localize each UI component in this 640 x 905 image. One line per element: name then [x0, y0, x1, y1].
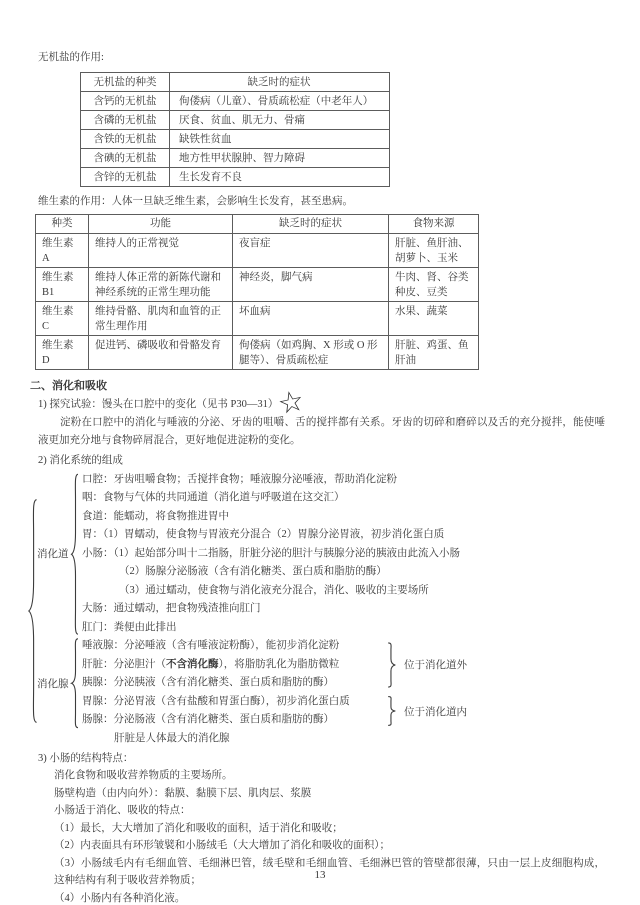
list-item-1: 1) 探究试验：馒头在口腔中的变化（见书 P30—31） ☆: [38, 397, 605, 413]
table-cell: 佝偻病（如鸡胸、X 形或 O 形腿等）、骨质疏松症: [233, 335, 389, 369]
table-cell: 含铁的无机盐: [81, 130, 170, 149]
vitamins-table: 种类 功能 缺乏时的症状 食物来源 维生素 A 维持人的正常视觉 夜盲症 肝脏、…: [35, 214, 479, 370]
table-header-cell: 功能: [89, 215, 233, 234]
table-cell: 含锌的无机盐: [81, 168, 170, 187]
table-row: 含锌的无机盐 生长发育不良: [81, 168, 390, 187]
glands-inside-lines: 胃腺：分泌胃液（含有盐酸和胃蛋白酶），初步消化蛋白质 肠腺：分泌肠液（含有消化糖…: [82, 693, 386, 730]
tract-line: 大肠：通过蠕动，把食物残渣推向肛门: [82, 600, 460, 619]
table-cell: 维持骨骼、肌肉和血管的正常生理作用: [89, 301, 233, 335]
glands-label: 消化腺: [37, 676, 70, 691]
table-cell: 生长发育不良: [170, 168, 390, 187]
starch-paragraph: 淀粉在口腔中的消化与唾液的分泌、牙齿的咀嚼、舌的搅拌都有关系。牙齿的切碎和磨碎以…: [38, 414, 605, 450]
table-cell: 水果、蔬菜: [389, 301, 479, 335]
table-row: 含碘的无机盐 地方性甲状腺肿、智力障碍: [81, 149, 390, 168]
small-intestine-section: 3) 小肠的结构特点： 消化食物和吸收营养物质的主要场所。 肠壁构造（由内向外）…: [38, 751, 605, 905]
glands-inside-wrap: 胃腺：分泌胃液（含有盐酸和胃蛋白酶），初步消化蛋白质 肠腺：分泌肠液（含有消化糖…: [82, 693, 467, 730]
glands-lines: 唾液腺：分泌唾液（含有唾液淀粉酶），能初步消化淀粉 肝脏：分泌胆汁（不含消化酶）…: [82, 637, 467, 730]
glands-outside-lines: 唾液腺：分泌唾液（含有唾液淀粉酶），能初步消化淀粉 肝脏：分泌胆汁（不含消化酶）…: [82, 637, 386, 693]
table-row: 维生素 D 促进钙、磷吸收和骨骼发育 佝偻病（如鸡胸、X 形或 O 形腿等）、骨…: [36, 335, 479, 369]
table-cell: 维持人体正常的新陈代谢和神经系统的正常生理功能: [89, 267, 233, 301]
liver-text-pre: 肝脏：分泌胆汁（: [82, 659, 166, 670]
table-cell: 含磷的无机盐: [81, 111, 170, 130]
table-cell: 含钙的无机盐: [81, 92, 170, 111]
inside-tract-label: 位于消化道内: [404, 704, 467, 719]
structure-line: （4）小肠内有各种消化液。: [54, 890, 605, 905]
gland-line-saliva: 唾液腺：分泌唾液（含有唾液淀粉酶），能初步消化淀粉: [82, 637, 386, 656]
list-item-1-text: 1) 探究试验：馒头在口腔中的变化（见书 P30—31）: [38, 399, 278, 410]
table-row: 含磷的无机盐 厌食、贫血、肌无力、骨痛: [81, 111, 390, 130]
table-cell: 肝脏、鱼肝油、胡萝卜、玉米: [389, 233, 479, 267]
brace-left-icon: [70, 637, 80, 730]
table-cell: 维生素 C: [36, 301, 89, 335]
gland-line-gastric: 胃腺：分泌胃液（含有盐酸和胃蛋白酶），初步消化蛋白质: [82, 693, 386, 712]
glands-outside-wrap: 唾液腺：分泌唾液（含有唾液淀粉酶），能初步消化淀粉 肝脏：分泌胆汁（不含消化酶）…: [82, 637, 467, 693]
table-header-cell: 缺乏时的症状: [170, 73, 390, 92]
liver-text-bold: 不含消化酶: [166, 659, 219, 670]
table-cell: 神经炎，脚气病: [233, 267, 389, 301]
table-cell: 肝脏、鸡蛋、鱼肝油: [389, 335, 479, 369]
table-cell: 维持人的正常视觉: [89, 233, 233, 267]
structure-line: 肠壁构造（由内向外）：黏膜、黏膜下层、肌肉层、浆膜: [54, 785, 605, 803]
table-cell: 厌食、贫血、肌无力、骨痛: [170, 111, 390, 130]
inorganic-salts-table: 无机盐的种类 缺乏时的症状 含钙的无机盐 佝偻病（儿童）、骨质疏松症（中老年人）…: [80, 72, 390, 187]
tract-line: 口腔：牙齿咀嚼食物；舌搅拌食物；唾液腺分泌唾液，帮助消化淀粉: [82, 471, 460, 490]
list-item-2: 2) 消化系统的组成: [38, 453, 605, 469]
table-cell: 含碘的无机盐: [81, 149, 170, 168]
table-cell: 缺铁性贫血: [170, 130, 390, 149]
digestive-glands-group: 消化腺 唾液腺：分泌唾液（含有唾液淀粉酶），能初步消化淀粉 肝脏：分泌胆汁（不含…: [37, 637, 605, 730]
table-cell: 维生素 A: [36, 233, 89, 267]
tract-line: （2）肠腺分泌肠液（含有消化糖类、蛋白质和脂肪的酶）: [82, 563, 460, 582]
table-cell: 佝偻病（儿童）、骨质疏松症（中老年人）: [170, 92, 390, 111]
brace-right-icon: [386, 642, 397, 688]
vitamins-title: 维生素的作用：人体一旦缺乏维生素，会影响生长发育，甚至患病。: [38, 194, 605, 209]
table-header-row: 无机盐的种类 缺乏时的症状: [81, 73, 390, 92]
page-number: 13: [0, 869, 640, 881]
table-cell: 地方性甲状腺肿、智力障碍: [170, 149, 390, 168]
table-header-cell: 无机盐的种类: [81, 73, 170, 92]
table-header-cell: 食物来源: [389, 215, 479, 234]
gland-line-intestinal: 肠腺：分泌肠液（含有消化糖类、蛋白质和脂肪的酶）: [82, 711, 386, 730]
structure-line: 小肠适于消化、吸收的特点：: [54, 802, 605, 820]
brace-right-icon: [386, 696, 397, 726]
table-cell: 夜盲症: [233, 233, 389, 267]
tract-line: 肛门：粪便由此排出: [82, 619, 460, 638]
tract-label: 消化道: [37, 546, 70, 561]
table-cell: 促进钙、磷吸收和骨骼发育: [89, 335, 233, 369]
table-row: 维生素 C 维持骨骼、肌肉和血管的正常生理作用 坏血病 水果、蔬菜: [36, 301, 479, 335]
table-row: 维生素 B1 维持人体正常的新陈代谢和神经系统的正常生理功能 神经炎，脚气病 牛…: [36, 267, 479, 301]
inorganic-salts-title: 无机盐的作用:: [38, 50, 605, 65]
table-row: 含钙的无机盐 佝偻病（儿童）、骨质疏松症（中老年人）: [81, 92, 390, 111]
tract-line: 咽：食物与气体的共同通道（消化道与呼吸道在这交汇）: [82, 489, 460, 508]
table-header-row: 种类 功能 缺乏时的症状 食物来源: [36, 215, 479, 234]
list-item-3: 3) 小肠的结构特点：: [38, 751, 605, 767]
section-heading-digestion: 二、消化和吸收: [30, 379, 605, 394]
table-cell: 牛肉、肾、谷类种皮、豆类: [389, 267, 479, 301]
structure-line: （1）最长，大大增加了消化和吸收的面积，适于消化和吸收；: [54, 820, 605, 838]
outer-brace-left-icon: [27, 495, 39, 727]
tract-line: 食道：能蠕动，将食物推进胃中: [82, 508, 460, 527]
tract-line: 小肠：（1）起始部分叫十二指肠，肝脏分泌的胆汁与胰腺分泌的胰液由此流入小肠: [82, 545, 460, 564]
document-page: { "inorganic": { "title": "无机盐的作用:", "ta…: [0, 0, 640, 905]
brace-left-icon: [70, 471, 80, 638]
tract-line: 胃：（1）胃蠕动，使食物与胃液充分混合（2）胃腺分泌胃液，初步消化蛋白质: [82, 526, 460, 545]
table-header-cell: 种类: [36, 215, 89, 234]
table-cell: 维生素 B1: [36, 267, 89, 301]
table-header-cell: 缺乏时的症状: [233, 215, 389, 234]
table-cell: 维生素 D: [36, 335, 89, 369]
outside-tract-label: 位于消化道外: [404, 657, 467, 672]
digestive-tract-group: 消化道 口腔：牙齿咀嚼食物；舌搅拌食物；唾液腺分泌唾液，帮助消化淀粉 咽：食物与…: [37, 471, 605, 638]
tract-lines: 口腔：牙齿咀嚼食物；舌搅拌食物；唾液腺分泌唾液，帮助消化淀粉 咽：食物与气体的共…: [82, 471, 460, 638]
digestive-system-diagram: 消化道 口腔：牙齿咀嚼食物；舌搅拌食物；唾液腺分泌唾液，帮助消化淀粉 咽：食物与…: [28, 471, 605, 749]
structure-line: 消化食物和吸收营养物质的主要场所。: [54, 767, 605, 785]
table-cell: 坏血病: [233, 301, 389, 335]
structure-line: （2）内表面具有环形皱襞和小肠绒毛（大大增加了消化和吸收的面积）；: [54, 837, 605, 855]
table-row: 含铁的无机盐 缺铁性贫血: [81, 130, 390, 149]
liver-largest-gland-note: 肝脏是人体最大的消化腺: [114, 730, 605, 749]
table-row: 维生素 A 维持人的正常视觉 夜盲症 肝脏、鱼肝油、胡萝卜、玉米: [36, 233, 479, 267]
liver-text-post: ），将脂肪乳化为脂肪微粒: [219, 659, 340, 670]
tract-line: （3）通过蠕动，使食物与消化液充分混合，消化、吸收的主要场所: [82, 582, 460, 601]
gland-line-pancreas: 胰腺：分泌胰液（含有消化糖类、蛋白质和脂肪的酶）: [82, 674, 386, 693]
gland-line-liver: 肝脏：分泌胆汁（不含消化酶），将脂肪乳化为脂肪微粒: [82, 656, 386, 675]
